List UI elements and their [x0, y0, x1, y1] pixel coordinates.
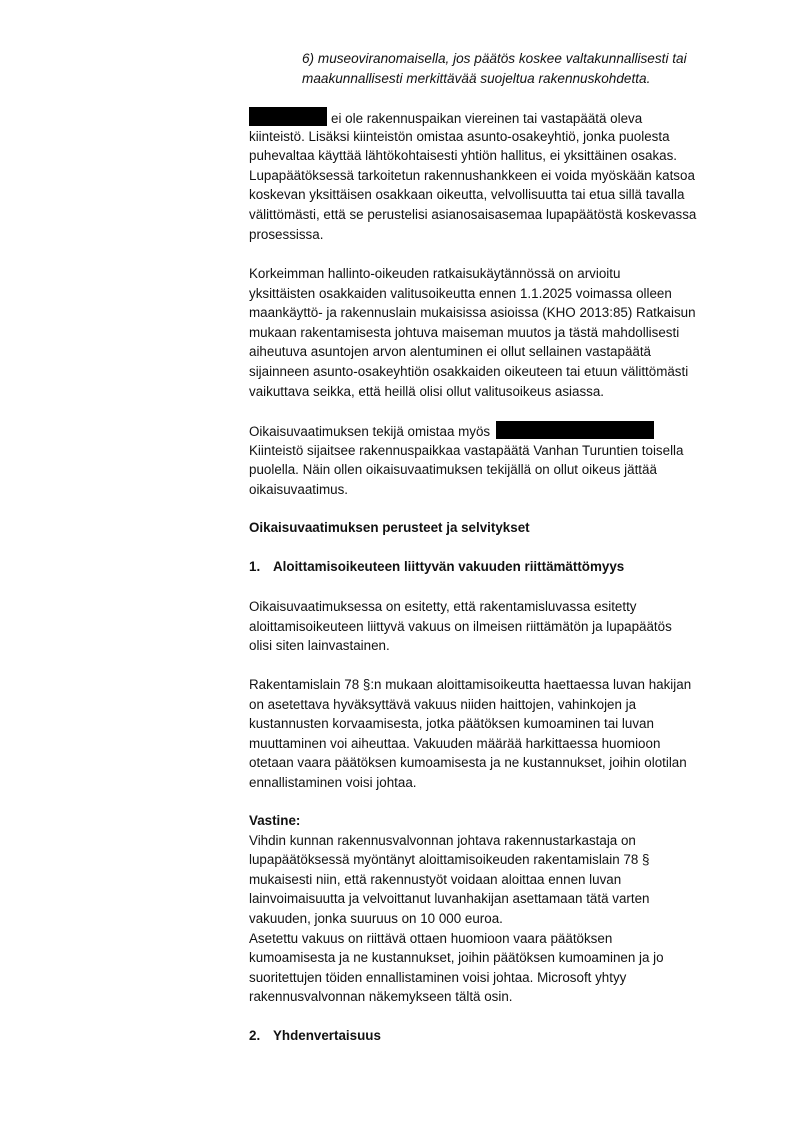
paragraph-line: Rakentamislain 78 §:n mukaan aloittamiso…	[249, 675, 741, 695]
paragraph-line: aloittamisoikeuteen liittyvä vakuus on i…	[249, 617, 741, 637]
paragraph-claimant-property: Oikaisuvaatimuksen tekijä omistaa myös K…	[249, 421, 741, 499]
paragraph-line: kumoamisesta ja ne kustannukset, joihin …	[249, 948, 741, 968]
section-title: Yhdenvertaisuus	[273, 1028, 381, 1043]
paragraph-line: ennallistaminen voisi johtaa.	[249, 773, 741, 793]
paragraph-claim-summary: Oikaisuvaatimuksessa on esitetty, että r…	[249, 597, 741, 656]
paragraph-property-status: ei ole rakennuspaikan viereinen tai vast…	[249, 107, 741, 244]
section-number: 2.	[249, 1026, 273, 1046]
paragraph-line: Korkeimman hallinto-oikeuden ratkaisukäy…	[249, 264, 741, 284]
paragraph-case-law: Korkeimman hallinto-oikeuden ratkaisukäy…	[249, 264, 741, 401]
section-heading-main: Oikaisuvaatimuksen perusteet ja selvityk…	[249, 518, 741, 538]
paragraph-line: oikaisuvaatimus.	[249, 480, 741, 500]
paragraph-line: ei ole rakennuspaikan viereinen tai vast…	[331, 111, 642, 126]
section-1-heading: 1.Aloittamisoikeuteen liittyvän vakuuden…	[249, 557, 741, 577]
paragraph-line: vaikuttava seikka, että heillä olisi oll…	[249, 382, 741, 402]
paragraph-line: lupapäätöksessä myöntänyt aloittamisoike…	[249, 850, 741, 870]
paragraph-line: mukaan rakentamisesta johtuva maiseman m…	[249, 323, 741, 343]
paragraph-line: Lupapäätöksessä tarkoitetun rakennushank…	[249, 166, 741, 186]
paragraph-line: mukaisesti niin, että rakennustyöt voida…	[249, 870, 741, 890]
response-section: Vastine: Vihdin kunnan rakennusvalvonnan…	[249, 811, 741, 1007]
paragraph-line: maankäyttö- ja rakennuslain mukaisissa a…	[249, 303, 741, 323]
redaction-box	[496, 421, 654, 439]
paragraph-line: Asetettu vakuus on riittävä ottaen huomi…	[249, 929, 741, 949]
paragraph-line: otetaan vaara päätöksen kumoamisesta ja …	[249, 753, 741, 773]
document-page: 6) museoviranomaisella, jos päätös koske…	[0, 0, 794, 1122]
response-label: Vastine:	[249, 811, 741, 831]
section-2-heading: 2.Yhdenvertaisuus	[249, 1026, 741, 1046]
paragraph-line: aiheutuva asuntojen arvon alentuminen ei…	[249, 342, 741, 362]
paragraph-line: kustannusten korvaamisesta, jotka päätök…	[249, 714, 741, 734]
paragraph-line: olisi siten lainvastainen.	[249, 636, 741, 656]
paragraph-line: Oikaisuvaatimuksen tekijä omistaa myös	[249, 424, 490, 439]
paragraph-line: suoritettujen töiden ennallistaminen voi…	[249, 968, 741, 988]
paragraph-line: sijainneen asunto-osakeyhtiön osakkaiden…	[249, 362, 741, 382]
paragraph-line: on asetettava hyväksyttävä vakuus niiden…	[249, 695, 741, 715]
quote-line: maakunnallisesti merkittävää suojeltua r…	[302, 69, 794, 89]
paragraph-line: Vihdin kunnan rakennusvalvonnan johtava …	[249, 831, 741, 851]
paragraph-law-78: Rakentamislain 78 §:n mukaan aloittamiso…	[249, 675, 741, 793]
redaction-box	[249, 107, 327, 126]
paragraph-line: välittömästi, että se perustelisi asiano…	[249, 205, 741, 225]
paragraph-line: muuttaminen voi aiheuttaa. Vakuuden määr…	[249, 734, 741, 754]
quote-line: 6) museoviranomaisella, jos päätös koske…	[302, 49, 794, 69]
paragraph-line: vakuuden, jonka suuruus on 10 000 euroa.	[249, 909, 741, 929]
paragraph-line: Oikaisuvaatimuksessa on esitetty, että r…	[249, 597, 741, 617]
paragraph-line: koskevan yksittäisen osakkaan oikeutta, …	[249, 185, 741, 205]
paragraph-line: kiinteistö. Lisäksi kiinteistön omistaa …	[249, 127, 741, 147]
quoted-list-item: 6) museoviranomaisella, jos päätös koske…	[302, 49, 794, 88]
section-title: Aloittamisoikeuteen liittyvän vakuuden r…	[273, 559, 624, 574]
paragraph-line: prosessissa.	[249, 225, 741, 245]
paragraph-line: Kiinteistö sijaitsee rakennuspaikkaa vas…	[249, 441, 741, 461]
paragraph-line: yksittäisten osakkaiden valitusoikeutta …	[249, 284, 741, 304]
paragraph-line: puolella. Näin ollen oikaisuvaatimuksen …	[249, 460, 741, 480]
section-number: 1.	[249, 557, 273, 577]
paragraph-line: puhevaltaa käyttää lähtökohtaisesti yhti…	[249, 146, 741, 166]
paragraph-line: rakennusvalvonnan näkemykseen tältä osin…	[249, 987, 741, 1007]
paragraph-line: lainvoimaisuutta ja velvoittanut luvanha…	[249, 889, 741, 909]
